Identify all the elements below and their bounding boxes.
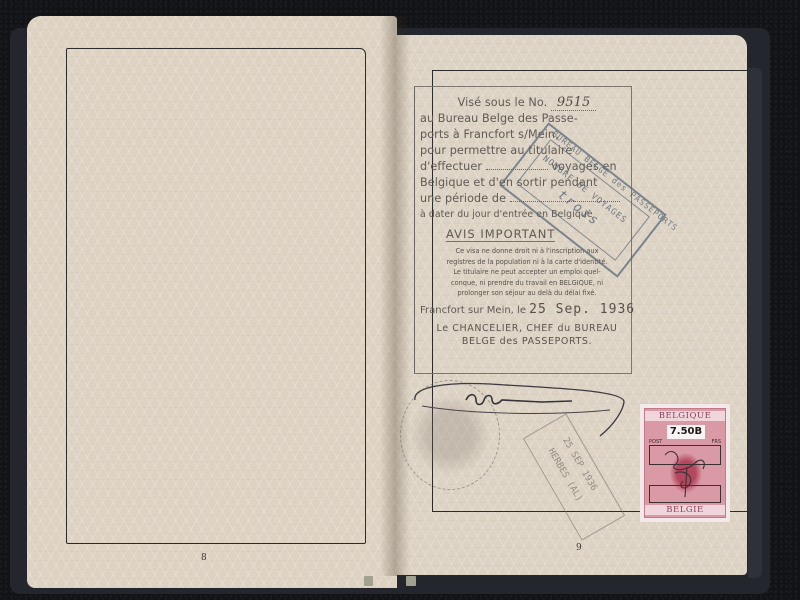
revenue-stamp-value: 7.50B (667, 425, 705, 439)
notice-line: conque, ni prendre du travail en BELGIQU… (420, 278, 634, 289)
issue-place-date: Francfort sur Mein, le 25 Sep. 1936 (420, 302, 634, 319)
notice-line: prolonger son séjour au delà du délai fi… (420, 288, 634, 299)
visa-number: 9515 (551, 95, 596, 111)
spine-tab (406, 576, 416, 586)
revenue-stamp: BELGIQUE 7.50B POST FRS BELGIE (640, 404, 730, 522)
right-page-number: 9 (576, 543, 582, 553)
visa-line-1: Visé sous le No. 9515 (420, 95, 634, 111)
signatory-title-2: BELGE des PASSEPORTS. (420, 335, 634, 348)
notice-line: Le titulaire ne peut accepter un emploi … (420, 267, 634, 278)
visa-number-label: Visé sous le No. (458, 96, 548, 109)
spine-tab (364, 576, 373, 586)
visa-line-2: au Bureau Belge des Passe- (420, 111, 634, 127)
visa-line-5-prefix: d'effectuer (420, 160, 482, 173)
left-page-number: 8 (201, 553, 207, 563)
left-page-border (66, 48, 366, 544)
visa-line-7-prefix: une période de (420, 192, 506, 205)
notice-heading: AVIS IMPORTANT (446, 227, 555, 242)
revenue-stamp-bottom-label: BELGIE (645, 505, 725, 515)
signatory-title-1: Le CHANCELIER, CHEF du BUREAU (420, 322, 634, 335)
cover-edge (748, 68, 762, 578)
book-gutter (380, 16, 410, 576)
revenue-stamp-top-label: BELGIQUE (645, 411, 725, 421)
handwritten-cancellation (659, 443, 715, 499)
issue-date: 25 Sep. 1936 (529, 302, 635, 317)
revenue-stamp-face: BELGIQUE 7.50B POST FRS BELGIE (644, 408, 726, 518)
visa-line-3: ports à Francfort s/Mein, (420, 127, 634, 143)
issue-place: Francfort sur Mein, le (420, 305, 526, 316)
